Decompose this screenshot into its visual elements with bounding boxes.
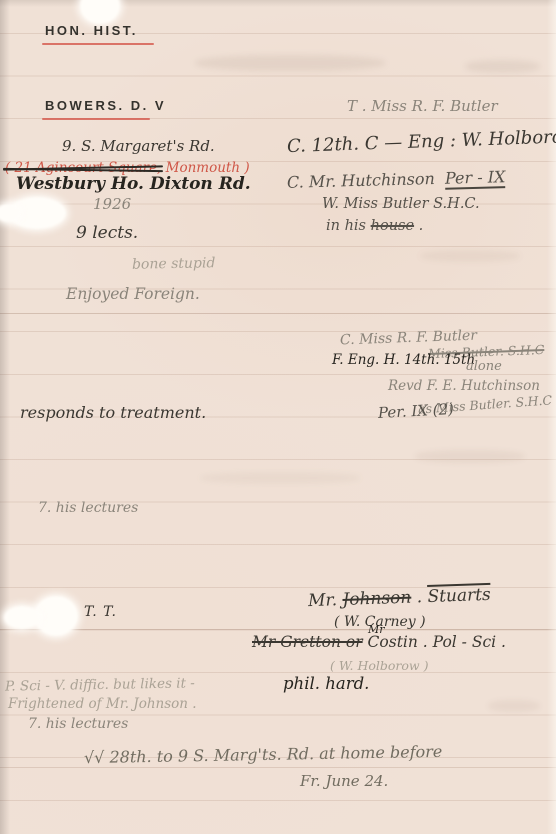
term2-remark: responds to treatment. [20, 404, 206, 422]
coaching-note-4-struck: house [371, 218, 414, 234]
term2-ink-line: F. Eng. H. 14th. 15th [332, 353, 475, 369]
white-spot [4, 606, 40, 629]
term4-label: T. T. [84, 604, 117, 620]
footer-line-1: √√ 28th. to 9 S. Marg'ts. Rd. at home be… [84, 743, 443, 768]
tutor2-struck: Mr Gretton or [252, 633, 363, 651]
ruled-line-accent [0, 629, 556, 630]
remark-pencil: bone stupid [132, 255, 216, 273]
address-line-1: 9. S. Margaret's Rd. [62, 138, 215, 155]
term4-lectures: 7. his lectures [28, 716, 128, 732]
coaching-note-2: C. Mr. Hutchinson Per - IX [287, 168, 506, 192]
check-marks: √√ [84, 748, 105, 767]
tutor1-struck: Johnson [342, 588, 412, 610]
term4-tutor2-note: ( W. Holborow ) [330, 659, 428, 673]
tutor1-sep: . [411, 587, 428, 608]
tutor2-rest: Costin . Pol - Sci . [363, 633, 506, 651]
coaching-note-4-prefix: in his [326, 218, 371, 234]
ink-smudge [420, 250, 520, 262]
address-line-2: Westbury Ho. Dixton Rd. [16, 175, 251, 195]
term2-alone: alone [466, 360, 502, 375]
tutor1-prefix: Mr. [308, 590, 343, 611]
footer-line-1-text: 28th. to 9 S. Marg'ts. Rd. at home befor… [109, 742, 442, 767]
coaching-note-3: W. Miss Butler S.H.C. [322, 196, 480, 213]
term4-ink-remark: phil. hard. [283, 675, 369, 694]
coaching-note-1: C. 12th. C — Eng : W. Holborow [287, 127, 556, 158]
term2-revd: Revd F. E. Hutchinson [388, 379, 540, 395]
coaching-note-4-suffix: . [414, 218, 423, 234]
lectures-count: 9 lects. [76, 224, 138, 244]
footer-line-2: Fr. June 24. [300, 773, 388, 790]
term4-pencil-remark-1: P. Sci - V. diffic. but likes it - [5, 676, 195, 695]
ink-smudge [488, 700, 540, 712]
term2-period: Per. IX (2) [378, 401, 455, 422]
red-underline [42, 43, 154, 45]
term-tutor-note: T . Miss R. F. Butler [347, 98, 498, 115]
term3-lectures: 7. his lectures [38, 500, 138, 516]
ink-smudge [195, 55, 385, 71]
ruled-line-accent [0, 313, 556, 314]
white-spot [80, 0, 120, 24]
period-ix-label: Per - IX [445, 167, 506, 190]
notebook-page: HON. HIST. BOWERS. D. V T . Miss R. F. B… [0, 0, 556, 834]
coaching-note-4: in his house . [326, 218, 423, 235]
white-spot [34, 596, 78, 636]
year-note: 1926 [93, 196, 131, 213]
coaching-note-2-text: C. Mr. Hutchinson [287, 169, 435, 192]
term4-pencil-remark-2: Frightened of Mr. Johnson . [8, 697, 197, 713]
term4-tutor1: Mr. Johnson . Stuarts [308, 586, 491, 612]
tutor1-subject: Stuarts [427, 585, 491, 607]
ink-smudge [200, 472, 360, 484]
ink-smudge [465, 60, 540, 73]
ink-smudge [415, 450, 525, 463]
term4-tutor2: Mr Gretton or Costin . Pol - Sci . [252, 634, 506, 652]
remark-enjoyed: Enjoyed Foreign. [66, 286, 200, 304]
student-name: BOWERS. D. V [45, 99, 166, 114]
red-underline [42, 118, 150, 120]
page-edge-highlight [547, 0, 556, 834]
subject-heading: HON. HIST. [45, 24, 138, 39]
